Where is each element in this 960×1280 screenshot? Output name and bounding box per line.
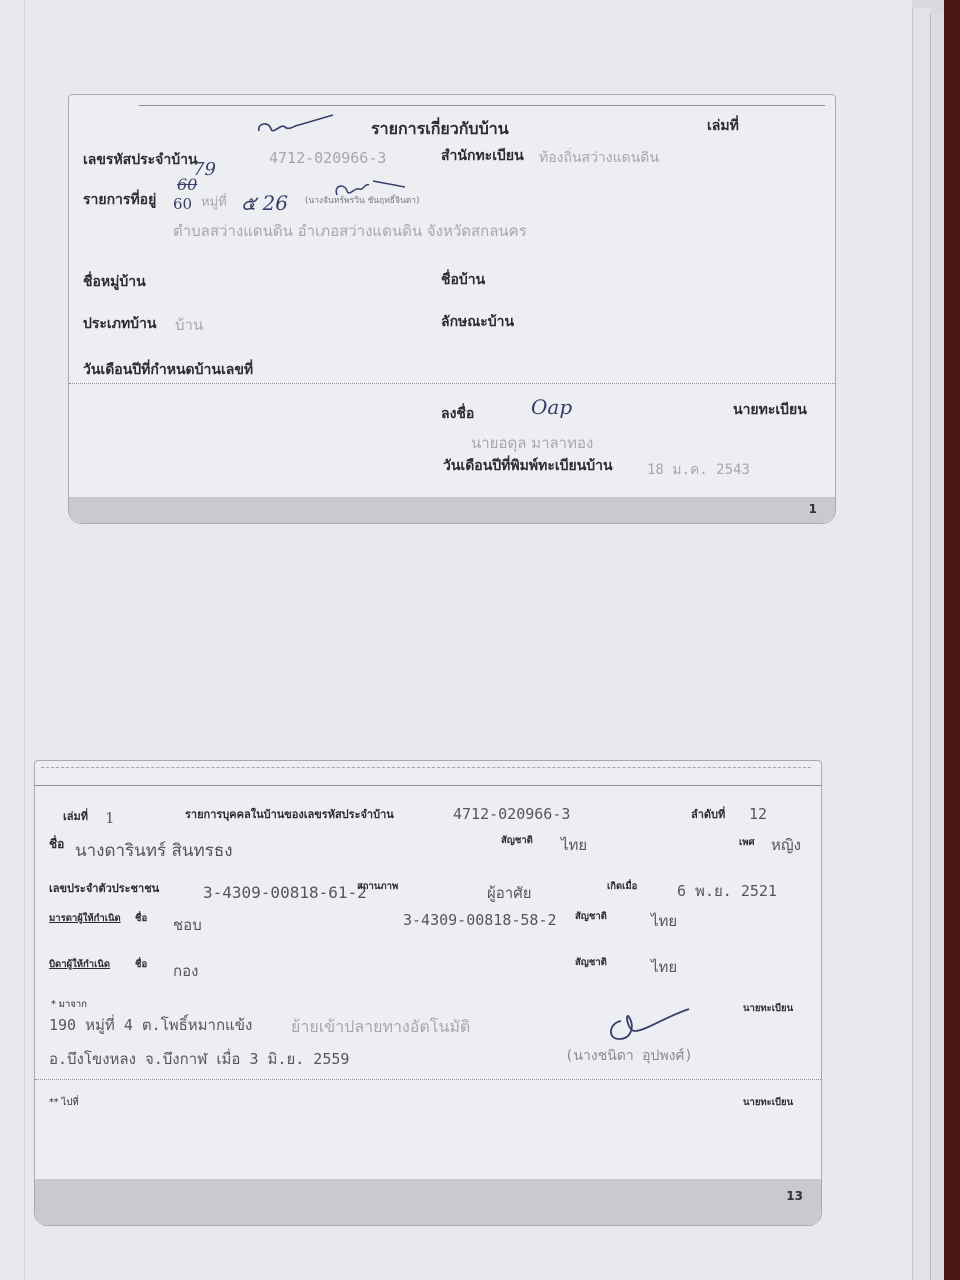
house-details-card: รายการเกี่ยวกับบ้าน เล่มที่ เลขรหัสประจำ… xyxy=(68,94,836,524)
status-label: สถานภาพ xyxy=(357,879,398,894)
moved-from-line1: 190 หมู่ที่ 4 ต.โพธิ์หมากแข้ง xyxy=(49,1013,252,1037)
mother-name-value: ชอบ xyxy=(173,913,202,937)
table-surface xyxy=(944,0,960,1280)
print-date-label: วันเดือนปีที่พิมพ์ทะเบียนบ้าน xyxy=(443,455,613,477)
initials-signature-icon xyxy=(333,177,413,201)
registry-office-label: สำนักทะเบียน xyxy=(441,145,524,167)
registrar-name-1: (นางชนิดา อุปพงศ์) xyxy=(565,1045,693,1067)
registrar-signature: Oap xyxy=(531,395,572,419)
sex-value: หญิง xyxy=(771,833,801,857)
order-label: ลำดับที่ xyxy=(691,805,725,823)
moo-value: ๕ 26 xyxy=(241,187,288,219)
house-type-label: ประเภทบ้าน xyxy=(83,313,157,335)
born-value: 6 พ.ย. 2521 xyxy=(677,879,777,903)
mother-label: มารดาผู้ให้กำเนิด xyxy=(49,911,121,926)
card-title: รายการบุคคลในบ้านของเลขรหัสประจำบ้าน xyxy=(185,805,394,823)
citizen-id-value: 3-4309-00818-61-2 xyxy=(203,883,367,902)
registrar-label: นายทะเบียน xyxy=(733,399,807,421)
page-stack-edge xyxy=(912,0,960,1280)
sign-label: ลงชื่อ xyxy=(441,403,474,425)
book-no-value: 1 xyxy=(105,809,115,827)
registrar-label-1: นายทะเบียน xyxy=(743,1001,793,1016)
status-value: ผู้อาศัย xyxy=(487,881,532,905)
born-label: เกิดเมื่อ xyxy=(607,879,637,894)
print-date-value: 18 ม.ค. 2543 xyxy=(647,459,750,481)
moved-from-auto-note: ย้ายเข้าปลายทางอัตโนมัติ xyxy=(291,1015,470,1040)
order-value: 12 xyxy=(749,805,767,823)
house-type-value: บ้าน xyxy=(175,313,203,337)
father-name-label: ชื่อ xyxy=(135,957,147,972)
initials-signature-icon xyxy=(255,109,335,139)
nationality-label: สัญชาติ xyxy=(501,833,533,848)
book-no-label: เล่มที่ xyxy=(707,115,739,137)
registrar-signature-icon xyxy=(605,1005,695,1045)
card-footer: 13 xyxy=(35,1179,821,1225)
page-number: 1 xyxy=(809,502,817,516)
village-name-label: ชื่อหมู่บ้าน xyxy=(83,271,146,293)
father-nationality-label: สัญชาติ xyxy=(575,955,607,970)
mother-nationality-value: ไทย xyxy=(651,909,677,933)
registrar-name: นายอดุล มาลาทอง xyxy=(471,431,593,455)
house-id-label: เลขรหัสประจำบ้าน xyxy=(83,149,198,171)
father-label: บิดาผู้ให้กำเนิด xyxy=(49,957,110,972)
name-label: ชื่อ xyxy=(49,835,64,854)
moved-from-line2: อ.บึงโขงหลง จ.บึงกาฬ เมื่อ 3 มิ.ย. 2559 xyxy=(49,1047,349,1071)
house-id-value: 4712-020966-3 xyxy=(453,805,570,823)
moo-label: หมู่ที่ xyxy=(201,191,227,212)
mother-name-label: ชื่อ xyxy=(135,911,147,926)
house-character-label: ลักษณะบ้าน xyxy=(441,311,514,333)
address-line2: ตำบลสว่างแดนดิน อำเภอสว่างแดนดิน จังหวัด… xyxy=(173,219,527,243)
house-id-value: 4712-020966-3 xyxy=(269,149,386,167)
person-record-card: เล่มที่ 1 รายการบุคคลในบ้านของเลขรหัสประ… xyxy=(34,760,822,1226)
card-footer: 1 xyxy=(69,497,835,523)
father-nationality-value: ไทย xyxy=(651,955,677,979)
address-number: 60 xyxy=(173,195,192,213)
sex-label: เพศ xyxy=(739,835,755,850)
card-title: รายการเกี่ยวกับบ้าน xyxy=(371,117,509,142)
page-margin-line xyxy=(24,0,25,1280)
moved-from-label: * มาจาก xyxy=(51,997,87,1012)
name-value: นางดารินทร์ สินทรธง xyxy=(75,837,233,864)
nationality-value: ไทย xyxy=(561,833,587,857)
citizen-id-label: เลขประจำตัวประชาชน xyxy=(49,879,159,897)
page-number: 13 xyxy=(786,1189,803,1203)
address-old-number: 60 xyxy=(177,175,197,194)
date-assigned-label: วันเดือนปีที่กำหนดบ้านเลขที่ xyxy=(83,359,253,381)
address-label: รายการที่อยู่ xyxy=(83,189,156,211)
registry-office-value: ท้องถิ่นสว่างแดนดิน xyxy=(539,147,659,169)
mother-id-value: 3-4309-00818-58-2 xyxy=(403,911,557,929)
father-name-value: กอง xyxy=(173,959,198,983)
book-no-label: เล่มที่ xyxy=(63,807,88,825)
mother-nationality-label: สัญชาติ xyxy=(575,909,607,924)
house-name-label: ชื่อบ้าน xyxy=(441,269,485,291)
registrar-label-2: นายทะเบียน xyxy=(743,1095,793,1110)
moved-to-label: ** ไปที่ xyxy=(49,1095,79,1110)
